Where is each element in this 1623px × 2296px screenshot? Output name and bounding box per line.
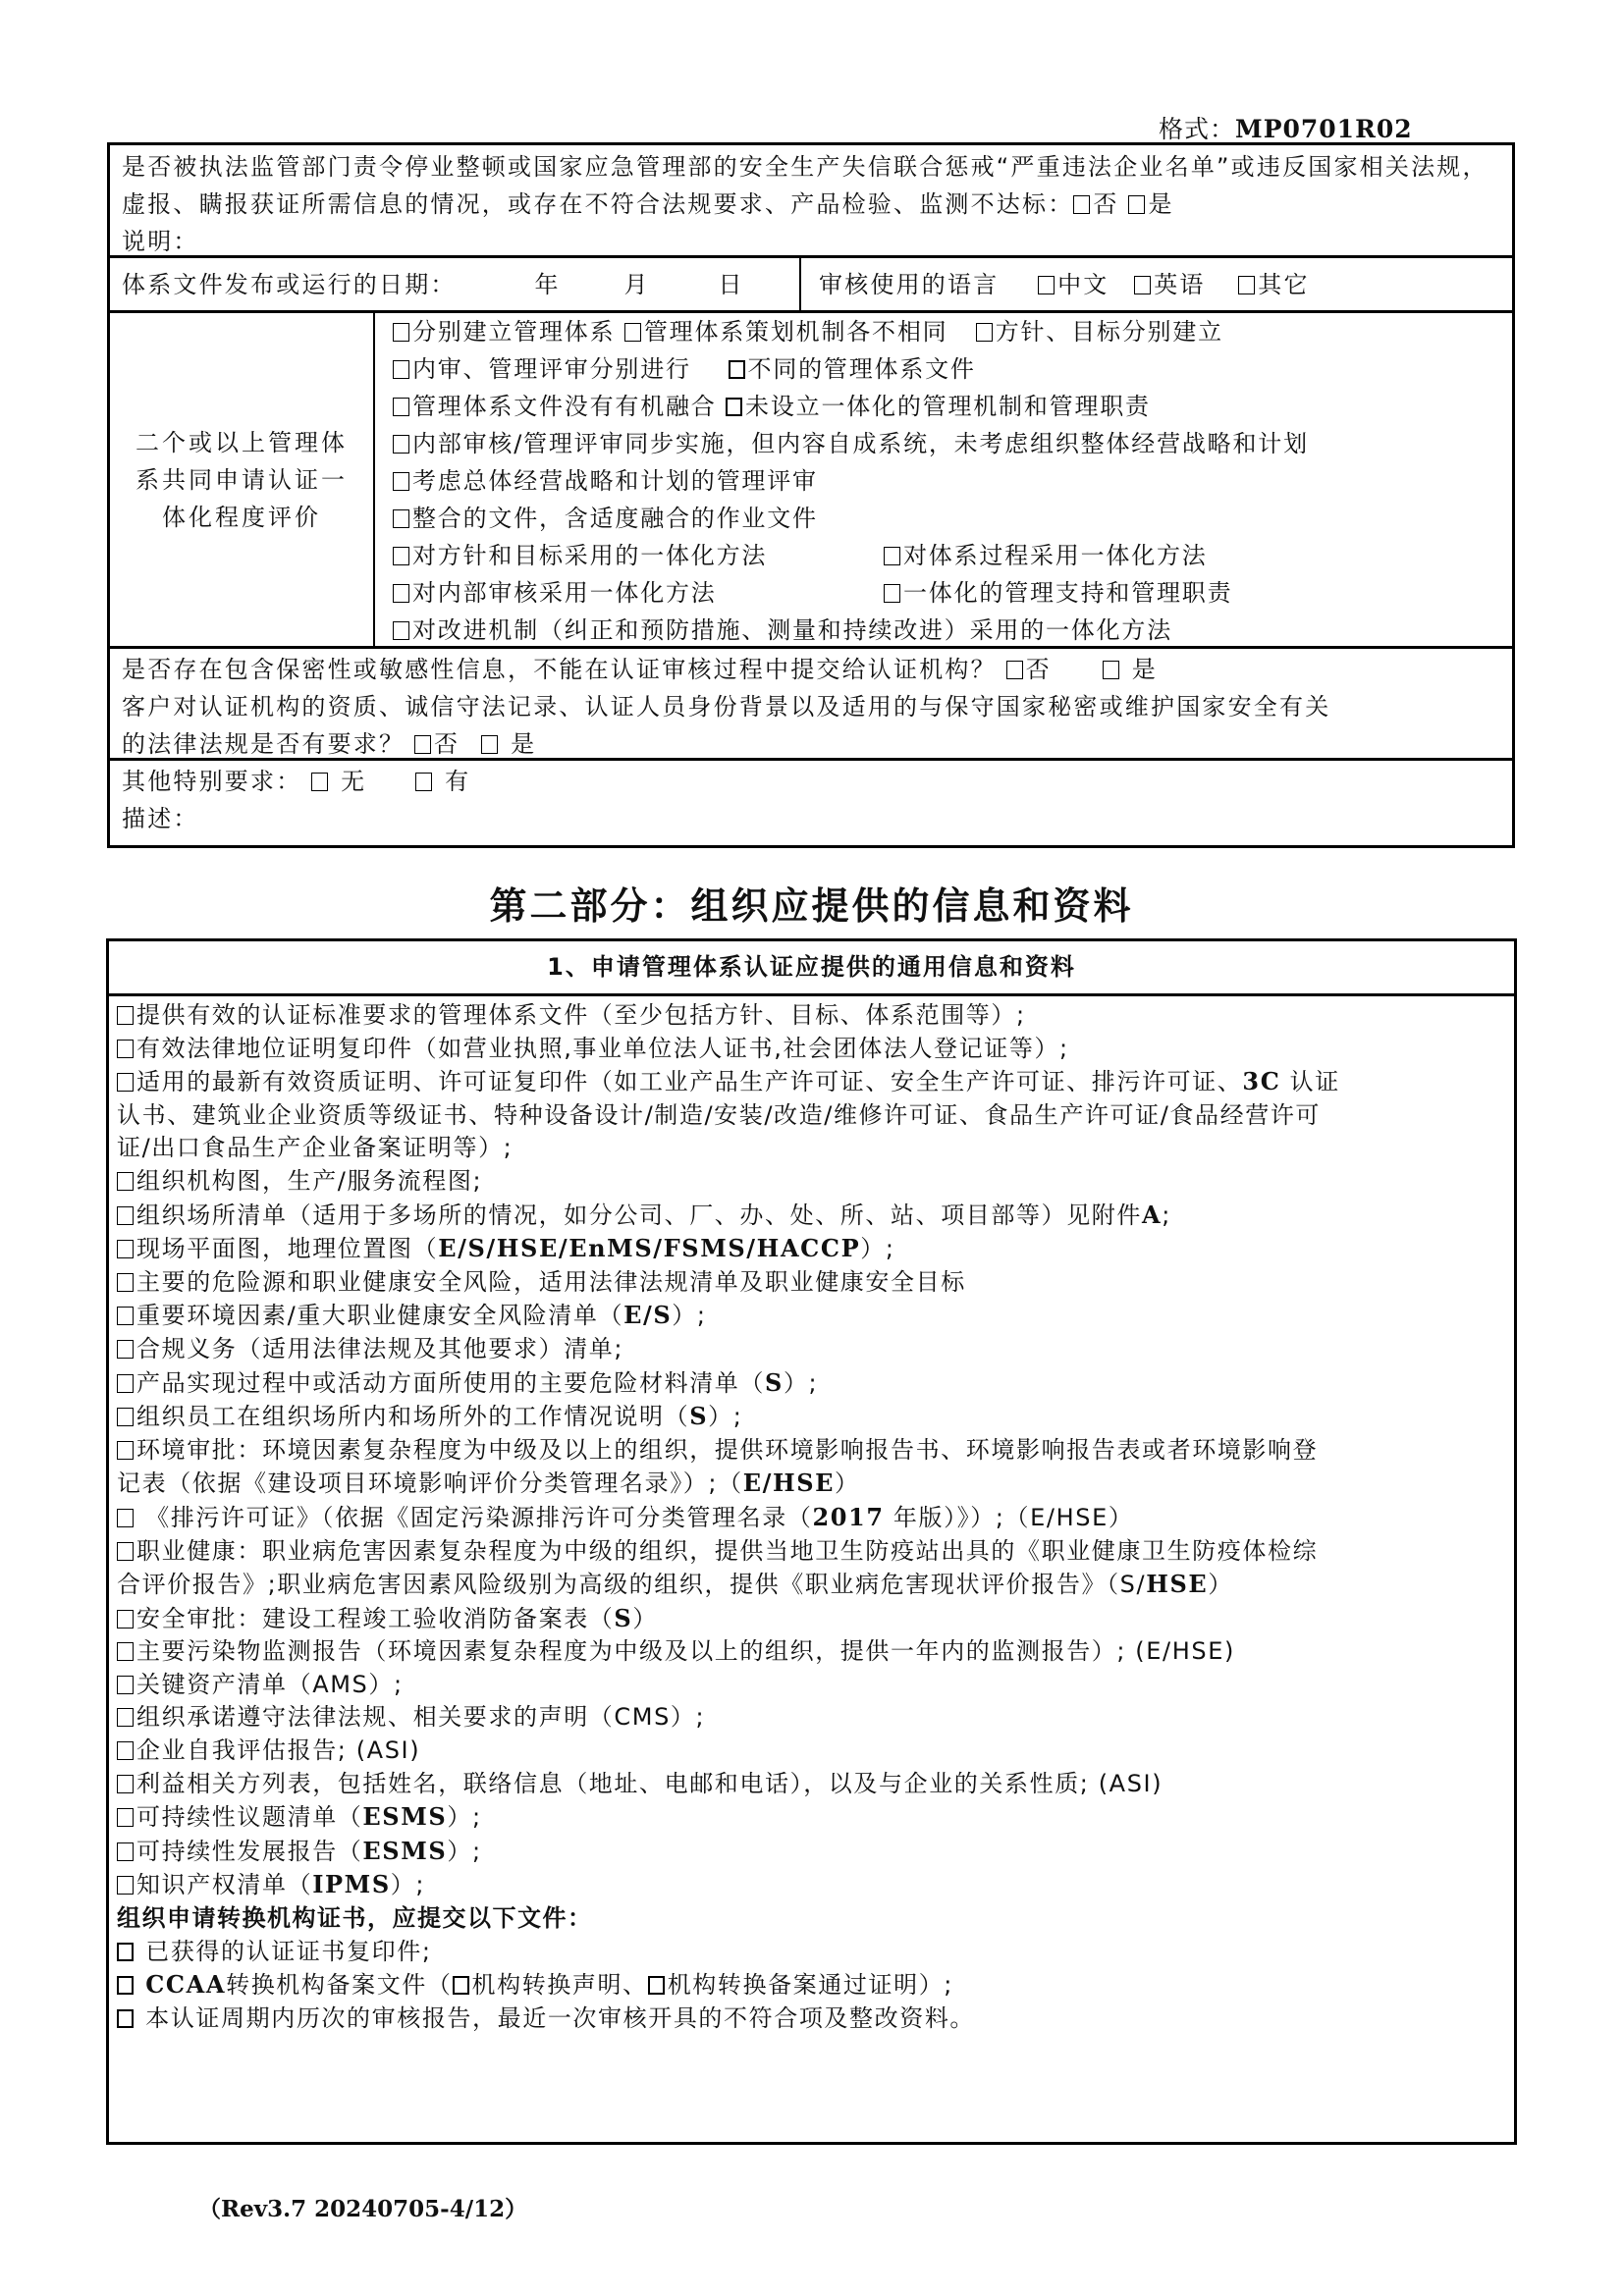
document-item-tail: ） — [1208, 1571, 1233, 1598]
document-item-text: 安全审批：建设工程竣工验收消防备案表（ — [136, 1605, 614, 1632]
integration-row: 二个或以上管理体 系共同申请认证一 体化程度评价 分别建立管理体系 管理体系策划… — [110, 313, 1512, 649]
option-label-yes: 是 — [1132, 656, 1158, 683]
transfer-checkbox[interactable] — [117, 2009, 134, 2028]
document-item: 知识产权清单（IPMS）; — [117, 1868, 1506, 1902]
document-item-text: 重要环境因素/重大职业健康安全风险清单（ — [136, 1302, 623, 1329]
violation-question: 是否被执法监管部门责令停业整顿或国家应急管理部的安全生产失信联合惩戒“严重违法企… — [122, 153, 1488, 218]
integration-option: 内部审核/管理评审同步实施，但内容自成系统，未考虑组织整体经营战略和计划 — [412, 430, 1309, 457]
document-item-tag: 3C — [1242, 1067, 1280, 1095]
document-item-text: 认书、建筑业企业资质等级证书、特种设备设计/制造/安装/改造/维修许可证、食品生… — [117, 1101, 1321, 1129]
integration-label-line: 系共同申请认证一 — [135, 461, 348, 499]
document-item: 合规义务（适用法律法规及其他要求）清单; — [117, 1333, 1506, 1366]
document-item-text: 记表（依据《建设项目环境影响评价分类管理名录》）;（ — [117, 1469, 743, 1497]
revision-footer: （Rev3.7 20240705-4/12） — [198, 2191, 527, 2223]
transfer-sub-checkbox[interactable] — [648, 1976, 665, 1995]
option-label-no: 否 — [1093, 190, 1118, 218]
document-checkbox[interactable] — [117, 1708, 134, 1727]
checkbox-requirements-yes[interactable] — [481, 735, 498, 754]
document-checkbox[interactable] — [117, 1273, 134, 1292]
transfer-heading: 组织申请转换机构证书，应提交以下文件： — [117, 1902, 1506, 1936]
document-item: 认书、建筑业企业资质等级证书、特种设备设计/制造/安装/改造/维修许可证、食品生… — [117, 1099, 1506, 1133]
document-checkbox[interactable] — [117, 1808, 134, 1827]
date-label: 体系文件发布或运行的日期： — [122, 271, 457, 298]
transfer-item-text: 已获得的认证证书复印件; — [145, 1938, 431, 1965]
document-item: 合评价报告》;职业病危害因素风险级别为高级的组织，提供《职业病危害现状评价报告》… — [117, 1568, 1506, 1602]
required-documents-list: 提供有效的认证标准要求的管理体系文件（至少包括方针、目标、体系范围等）;有效法律… — [109, 996, 1514, 2035]
document-item-text: 可持续性发展报告（ — [136, 1838, 362, 1865]
integration-option: 管理体系文件没有有机融合 — [412, 393, 717, 420]
checkbox-integration[interactable] — [393, 435, 409, 454]
table-header: 1、申请管理体系认证应提供的通用信息和资料 — [109, 941, 1514, 996]
checkbox-chinese[interactable] — [1038, 276, 1055, 294]
checkbox-integration[interactable] — [729, 360, 745, 379]
transfer-sub-checkbox[interactable] — [453, 1976, 469, 1995]
document-item: 《排污许可证》（依据《固定污染源排污许可分类管理名录（2017 年版）》）;（E… — [117, 1501, 1506, 1535]
system-date-cell: 体系文件发布或运行的日期： 年 月 日 — [110, 258, 801, 310]
checkbox-integration[interactable] — [624, 323, 641, 342]
checkbox-special-none[interactable] — [311, 773, 328, 791]
document-item-text: 产品实现过程中或活动方面所使用的主要危险材料清单（ — [136, 1369, 765, 1397]
transfer-checkbox[interactable] — [117, 1976, 134, 1995]
document-item-tag: ESMS — [362, 1837, 447, 1865]
transfer-sub-option: 机构转换备案通过证明 — [668, 1971, 919, 1999]
integration-option: 对体系过程采用一体化方法 — [903, 542, 1208, 569]
date-language-row: 体系文件发布或运行的日期： 年 月 日 审核使用的语言 中文 英语 其它 — [110, 258, 1512, 313]
integration-option: 一体化的管理支持和管理职责 — [903, 579, 1232, 607]
document-item-tail: ）; — [447, 1838, 481, 1865]
document-item-tail: ） — [632, 1605, 658, 1632]
document-item: 组织承诺遵守法律法规、相关要求的声明（CMS）; — [117, 1701, 1506, 1735]
document-checkbox[interactable] — [117, 1073, 134, 1092]
checkbox-english[interactable] — [1134, 276, 1151, 294]
document-item-text: 企业自我评估报告; (ASI) — [136, 1736, 420, 1764]
document-checkbox[interactable] — [117, 1775, 134, 1793]
document-checkbox[interactable] — [117, 1040, 134, 1058]
violation-note-label: 说明： — [122, 223, 1500, 260]
document-checkbox[interactable] — [117, 1842, 134, 1861]
document-item-text: 提供有效的认证标准要求的管理体系文件（至少包括方针、目标、体系范围等）; — [136, 1001, 1026, 1029]
document-item: 组织机构图，生产/服务流程图; — [117, 1165, 1506, 1199]
checkbox-confidential-no[interactable] — [1006, 661, 1023, 679]
transfer-item: CCAA转换机构备案文件（机构转换声明、机构转换备案通过证明）; — [117, 1968, 1506, 2002]
integration-option: 对方针和目标采用的一体化方法 — [412, 537, 884, 574]
document-item-text: 组织机构图，生产/服务流程图; — [136, 1167, 482, 1195]
document-item: 可持续性议题清单（ESMS）; — [117, 1800, 1506, 1835]
transfer-sub-option: 机构转换声明、 — [472, 1971, 648, 1999]
checkbox-integration[interactable] — [393, 584, 409, 603]
document-checkbox[interactable] — [117, 1610, 134, 1629]
transfer-item-text: 转换机构备案文件（ — [226, 1971, 452, 1999]
document-checkbox[interactable] — [117, 1441, 134, 1460]
integration-option: 对改进机制（纠正和预防措施、测量和持续改进）采用的一体化方法 — [412, 616, 1172, 644]
transfer-item-tag: CCAA — [145, 1970, 226, 1999]
option-other: 其它 — [1258, 271, 1309, 298]
checkbox-integration[interactable] — [393, 621, 409, 640]
transfer-item-text: 本认证周期内历次的审核报告，最近一次审核开具的不符合项及整改资料。 — [145, 2004, 975, 2032]
option-english: 英语 — [1154, 271, 1205, 298]
integration-label-cell: 二个或以上管理体 系共同申请认证一 体化程度评价 — [110, 313, 375, 646]
checkbox-integration[interactable] — [726, 398, 742, 416]
document-item-text: 组织员工在组织场所内和场所外的工作情况说明（ — [136, 1403, 689, 1430]
document-item-tag: HSE — [1146, 1570, 1208, 1598]
document-item: 证/出口食品生产企业备案证明等）; — [117, 1132, 1506, 1165]
day-label[interactable]: 日 — [719, 271, 744, 298]
document-item-text: 环境审批：环境因素复杂程度为中级及以上的组织，提供环境影响报告书、环境影响报告表… — [136, 1436, 1318, 1464]
document-item-text: 组织承诺遵守法律法规、相关要求的声明（CMS）; — [136, 1703, 705, 1731]
document-checkbox[interactable] — [117, 1676, 134, 1694]
document-checkbox[interactable] — [117, 1206, 134, 1225]
document-item-tail: ）; — [447, 1803, 481, 1831]
checkbox-integration[interactable] — [393, 323, 409, 342]
format-code: 格式：MP0701R02 — [1159, 110, 1413, 145]
confidential-question: 是否存在包含保密性或敏感性信息，不能在认证审核过程中提交给认证机构？ — [122, 656, 997, 683]
document-item-tail: ） — [835, 1469, 860, 1497]
integration-option: 不同的管理体系文件 — [748, 355, 976, 383]
checkbox-special-has[interactable] — [415, 773, 432, 791]
document-item: 安全审批：建设工程竣工验收消防备案表（S） — [117, 1602, 1506, 1636]
checkbox-integration[interactable] — [393, 472, 409, 491]
option-label-has: 有 — [445, 768, 470, 795]
format-label: 格式： — [1159, 115, 1235, 143]
document-item-text: 利益相关方列表，包括姓名，联络信息（地址、电邮和电话），以及与企业的关系性质; … — [136, 1770, 1163, 1797]
document-item: 组织场所清单（适用于多场所的情况，如分公司、厂、办、处、所、站、项目部等）见附件… — [117, 1199, 1506, 1233]
document-item-tag: S — [689, 1402, 708, 1430]
document-checkbox[interactable] — [117, 1307, 134, 1325]
transfer-item-tail: ）; — [919, 1971, 953, 1999]
document-checkbox[interactable] — [117, 1876, 134, 1895]
document-item-tail: ; — [1162, 1201, 1171, 1229]
month-label[interactable]: 月 — [624, 271, 650, 298]
document-item-text: 有效法律地位证明复印件（如营业执照,事业单位法人证书,社会团体法人登记证等）; — [136, 1035, 1069, 1062]
document-checkbox[interactable] — [117, 1006, 134, 1025]
integration-option: 方针、目标分别建立 — [996, 318, 1223, 346]
integration-option: 对内部审核采用一体化方法 — [412, 574, 884, 612]
document-item-tag: E/S — [623, 1301, 672, 1329]
requirements-question-line2: 的法律法规是否有要求？ — [122, 730, 405, 758]
checkbox-integration[interactable] — [884, 547, 900, 565]
integration-option: 未设立一体化的管理机制和管理职责 — [745, 393, 1151, 420]
document-item-tag: 2017 — [812, 1503, 884, 1531]
document-item-tail: ）; — [860, 1235, 894, 1262]
document-checkbox[interactable] — [117, 1741, 134, 1760]
language-label: 审核使用的语言 — [819, 271, 999, 298]
document-item-text: 证/出口食品生产企业备案证明等）; — [117, 1134, 513, 1161]
document-item: 有效法律地位证明复印件（如营业执照,事业单位法人证书,社会团体法人登记证等）; — [117, 1033, 1506, 1066]
document-item-tag: S — [765, 1368, 784, 1397]
integration-options-cell: 分别建立管理体系 管理体系策划机制各不相同 方针、目标分别建立 内审、管理评审分… — [375, 313, 1512, 646]
part-two-title: 第二部分：组织应提供的信息和资料 — [0, 876, 1623, 930]
document-item: 现场平面图，地理位置图（E/S/HSE/EnMS/FSMS/HACCP）; — [117, 1232, 1506, 1266]
transfer-item: 本认证周期内历次的审核报告，最近一次审核开具的不符合项及整改资料。 — [117, 2002, 1506, 2036]
special-requirements-row: 其他特别要求： 无 有 描述： — [110, 761, 1512, 845]
document-item-text: 职业健康：职业病危害因素复杂程度为中级的组织，提供当地卫生防疫站出具的《职业健康… — [136, 1537, 1318, 1565]
checkbox-confidential-yes[interactable] — [1103, 661, 1119, 679]
integration-option: 分别建立管理体系 — [412, 318, 615, 346]
integration-option: 考虑总体经营战略和计划的管理评审 — [412, 467, 818, 495]
document-item: 利益相关方列表，包括姓名，联络信息（地址、电邮和电话），以及与企业的关系性质; … — [117, 1768, 1506, 1801]
integration-label-line: 二个或以上管理体 — [135, 424, 348, 461]
document-page: 格式：MP0701R02 是否被执法监管部门责令停业整顿或国家应急管理部的安全生… — [0, 0, 1623, 2296]
document-item: 主要污染物监测报告（环境因素复杂程度为中级及以上的组织，提供一年内的监测报告）;… — [117, 1635, 1506, 1669]
transfer-checkbox[interactable] — [117, 1943, 134, 1961]
document-item-text: 主要的危险源和职业健康安全风险，适用法律法规清单及职业健康安全目标 — [136, 1268, 966, 1296]
document-checkbox[interactable] — [117, 1374, 134, 1393]
document-item-text: 现场平面图，地理位置图（ — [136, 1235, 438, 1262]
document-item-tail: ）; — [708, 1403, 742, 1430]
option-label-yes: 是 — [1148, 190, 1173, 218]
document-item: 重要环境因素/重大职业健康安全风险清单（E/S）; — [117, 1299, 1506, 1333]
document-item-tag: S — [614, 1604, 632, 1632]
document-item-text: 适用的最新有效资质证明、许可证复印件（如工业产品生产许可证、安全生产许可证、排污… — [136, 1068, 1242, 1095]
application-info-table: 是否被执法监管部门责令停业整顿或国家应急管理部的安全生产失信联合惩戒“严重违法企… — [107, 142, 1515, 848]
document-item-tag: IPMS — [312, 1870, 391, 1898]
requirements-question-line1: 客户对认证机构的资质、诚信守法记录、认证人员身份背景以及适用的与保守国家秘密或维… — [122, 688, 1500, 725]
integration-label-line: 体化程度评价 — [135, 499, 348, 536]
document-item: 环境审批：环境因素复杂程度为中级及以上的组织，提供环境影响报告书、环境影响报告表… — [117, 1434, 1506, 1468]
document-checkbox[interactable] — [117, 1340, 134, 1359]
document-item-text: 合规义务（适用法律法规及其他要求）清单; — [136, 1335, 623, 1362]
checkbox-other[interactable] — [1238, 276, 1255, 294]
option-label-no: 否 — [1026, 656, 1052, 683]
document-item: 企业自我评估报告; (ASI) — [117, 1735, 1506, 1768]
document-item: 关键资产清单（AMS）; — [117, 1669, 1506, 1702]
document-item-text: 组织场所清单（适用于多场所的情况，如分公司、厂、办、处、所、站、项目部等）见附件 — [136, 1201, 1142, 1229]
checkbox-integration[interactable] — [393, 509, 409, 528]
checkbox-integration[interactable] — [393, 360, 409, 379]
checkbox-integration[interactable] — [884, 584, 900, 603]
document-item-text: 合评价报告》;职业病危害因素风险级别为高级的组织，提供《职业病危害现状评价报告》… — [117, 1571, 1146, 1598]
document-checkbox[interactable] — [117, 1408, 134, 1426]
document-checkbox[interactable] — [117, 1509, 134, 1527]
document-item-tail: ）; — [784, 1369, 818, 1397]
document-item: 主要的危险源和职业健康安全风险，适用法律法规清单及职业健康安全目标 — [117, 1266, 1506, 1300]
checkbox-integration[interactable] — [393, 398, 409, 416]
integration-option: 内审、管理评审分别进行 — [412, 355, 691, 383]
checkbox-integration[interactable] — [393, 547, 409, 565]
violation-row: 是否被执法监管部门责令停业整顿或国家应急管理部的安全生产失信联合惩戒“严重违法企… — [110, 145, 1512, 258]
document-item: 记表（依据《建设项目环境影响评价分类管理名录》）;（E/HSE） — [117, 1467, 1506, 1501]
option-label-no: 否 — [434, 730, 460, 758]
checkbox-requirements-no[interactable] — [414, 735, 431, 754]
document-item: 组织员工在组织场所内和场所外的工作情况说明（S）; — [117, 1400, 1506, 1434]
document-item: 职业健康：职业病危害因素复杂程度为中级的组织，提供当地卫生防疫站出具的《职业健康… — [117, 1535, 1506, 1569]
special-requirements-label: 其他特别要求： — [122, 768, 301, 795]
document-checkbox[interactable] — [117, 1172, 134, 1191]
document-item-tail: ）; — [672, 1302, 706, 1329]
document-item-tail: ）; — [391, 1871, 425, 1898]
transfer-item: 已获得的认证证书复印件; — [117, 1936, 1506, 1969]
required-documents-table: 1、申请管理体系认证应提供的通用信息和资料 提供有效的认证标准要求的管理体系文件… — [106, 938, 1517, 2145]
document-item-text: 知识产权清单（ — [136, 1871, 312, 1898]
document-item-tag: A — [1142, 1201, 1162, 1229]
document-item-tag: E/HSE — [743, 1468, 835, 1497]
year-label[interactable]: 年 — [534, 271, 560, 298]
document-checkbox[interactable] — [117, 1642, 134, 1661]
integration-option: 管理体系策划机制各不相同 — [644, 318, 948, 346]
document-item-text: 主要污染物监测报告（环境因素复杂程度为中级及以上的组织，提供一年内的监测报告）;… — [136, 1637, 1235, 1665]
format-code-value: MP0701R02 — [1235, 115, 1413, 143]
document-checkbox[interactable] — [117, 1542, 134, 1561]
checkbox-integration[interactable] — [976, 323, 993, 342]
document-item: 提供有效的认证标准要求的管理体系文件（至少包括方针、目标、体系范围等）; — [117, 999, 1506, 1033]
checkbox-yes[interactable] — [1128, 195, 1145, 214]
option-chinese: 中文 — [1057, 271, 1109, 298]
integration-option: 整合的文件，含适度融合的作业文件 — [412, 505, 818, 532]
document-item-tail: 认证 — [1280, 1068, 1339, 1095]
document-item-text: 关键资产清单（AMS）; — [136, 1671, 404, 1698]
document-item-tag: E/S/HSE/EnMS/FSMS/HACCP — [438, 1234, 860, 1262]
description-label: 描述： — [122, 800, 1500, 837]
document-item: 产品实现过程中或活动方面所使用的主要危险材料清单（S）; — [117, 1366, 1506, 1401]
confidential-row: 是否存在包含保密性或敏感性信息，不能在认证审核过程中提交给认证机构？ 否 是 客… — [110, 649, 1512, 761]
document-item: 适用的最新有效资质证明、许可证复印件（如工业产品生产许可证、安全生产许可证、排污… — [117, 1065, 1506, 1099]
checkbox-no[interactable] — [1073, 195, 1090, 214]
document-item-tag: ESMS — [362, 1802, 447, 1831]
document-item-text: 《排污许可证》（依据《固定污染源排污许可分类管理名录（ — [145, 1504, 812, 1531]
document-item-tail: 年版）》）;（E/HSE） — [885, 1504, 1134, 1531]
document-item: 可持续性发展报告（ESMS）; — [117, 1835, 1506, 1869]
option-label-none: 无 — [341, 768, 366, 795]
document-checkbox[interactable] — [117, 1240, 134, 1258]
audit-language-cell: 审核使用的语言 中文 英语 其它 — [801, 258, 1512, 310]
option-label-yes: 是 — [511, 730, 536, 758]
document-item-text: 可持续性议题清单（ — [136, 1803, 362, 1831]
